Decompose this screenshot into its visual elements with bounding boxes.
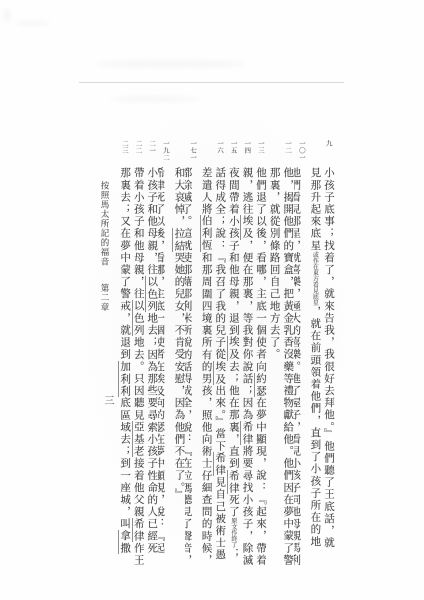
text-column: 和大哀悼，拉結哭她的兒女，不肯受安慰，因為他們不在了。』	[172, 140, 186, 568]
proper-noun: 拉瑪	[185, 470, 191, 494]
proper-noun: 埃及	[158, 373, 164, 397]
proper-noun: 以色列	[145, 276, 157, 312]
verse-number: 一二	[281, 140, 294, 167]
text-column: 一二他，揭開他們的寶盒，把黃金乳香沒藥等禮物獻給他。他們因在夢中蒙了警戒，不要回…	[281, 140, 295, 568]
verse-text: 話得成全；說：『我召了我的兒子從	[214, 167, 225, 361]
running-title-column: 按照馬太所記的福音第二章	[99, 181, 111, 331]
verse-number: 一〇一一	[294, 140, 308, 167]
verse-text: 所說的話得成全，說：『在	[185, 324, 191, 469]
scan-noise	[95, 60, 245, 68]
verse-text: 小孩子和他母親，往	[146, 167, 157, 276]
proper-noun: 埃及	[213, 361, 225, 385]
verse-number: 九	[321, 140, 334, 167]
proper-noun: 加利利	[118, 361, 130, 397]
verse-text: 差遣人將	[201, 167, 212, 215]
scan-noise	[3, 8, 11, 22]
proper-noun: 亞基老	[132, 421, 144, 457]
text-column: 那裏，就從別條路回自己地方去了。	[267, 140, 281, 568]
proper-noun: 希律	[132, 518, 144, 542]
running-title: 按照馬太所記的福音	[100, 181, 110, 267]
verse-text: 底區域去；到一座城，叫	[119, 397, 130, 530]
proper-noun: 埃及	[240, 215, 252, 239]
proper-noun: 希律	[213, 452, 225, 476]
verse-text: 都除滅了。這就使那藉	[185, 167, 191, 288]
scanned-page: 九小孩子底事；找着了，就來告我，我很好去拜他。』他們聽了王底話，就去；看哪，他們…	[0, 0, 424, 600]
verse-text: 帶着小孩子和他母親，往	[133, 167, 144, 300]
verse-text: 哭她的兒女，不肯受安慰，因為他們不在了。』	[173, 252, 184, 501]
proper-noun: 伯利恆	[200, 215, 212, 251]
verse-number: 一九二〇	[158, 140, 172, 167]
verse-text: 那裏去；又在夢中蒙了警戒，就退到	[119, 167, 130, 361]
verse-text: 和大哀悼，	[173, 167, 184, 228]
interlinear-note: 或作在東方看見底星	[311, 252, 317, 306]
verse-number: 一五	[226, 140, 239, 167]
verse-text: 小孩子底事；找着了，就來告我，我很好去拜他。』他們聽了王底話，就去；看哪，他們	[321, 140, 334, 549]
verse-text: 出來。』當下	[214, 385, 225, 452]
verse-text: 去；他在那裏，直到	[228, 361, 239, 470]
verse-text: 他們退了以後，看哪，主底一個使者向	[255, 167, 266, 373]
proper-noun: 希律	[158, 167, 164, 191]
verse-number: 一六	[213, 140, 226, 167]
verse-number: 一七一八	[185, 140, 199, 167]
page-number: 三	[100, 395, 115, 405]
verse-text: 死了以後，看哪，主底一個使者在	[158, 191, 164, 373]
text-column: 二一小孩子和他母親，往以色列地去；因為那些要尋索小孩子性命的人已經死了。』他就起…	[145, 140, 159, 568]
text-column: 一五夜間帶着小孩子和他母親，退到埃及去；他在那裏，直到希律死了原文作終了；使主藉…	[226, 140, 240, 568]
proper-noun: 約瑟	[158, 409, 164, 433]
verse-text: 接着他父親	[133, 457, 144, 518]
verse-text: 地去。只因聽見	[133, 336, 144, 421]
verse-text: 見那升起來底星	[309, 167, 320, 252]
page-edge-line	[79, 82, 344, 83]
text-column: 一四親，逃往埃及，便在那裏，等我對你說話；因為希律將要尋找小孩子，除滅他。』他就…	[240, 140, 254, 568]
verse-text: 向	[158, 397, 164, 409]
scan-noise	[110, 96, 200, 102]
verse-text: 他們看見那星，就喜樂，極大的喜樂。進了屋子，看見小孩子同他母親	[294, 167, 300, 542]
text-column: 二三那裏去；又在夢中蒙了警戒，就退到加利利底區域去；到一座城，叫拿撒勒，住下；這…	[118, 140, 132, 568]
verse-number: 一四	[240, 140, 253, 167]
scripture-text-block: 九小孩子底事；找着了，就來告我，我很好去拜他。』他們聽了王底話，就去；看哪，他們…	[117, 140, 335, 570]
chapter-label: 第二章	[100, 284, 110, 313]
verse-text: 親，逃往	[241, 167, 252, 215]
proper-noun: 埃及	[227, 336, 239, 360]
proper-noun: 希律	[227, 470, 239, 494]
proper-noun: 希律	[240, 421, 252, 445]
text-column: 一七一八都除滅了。這就使那藉耶利米所說的話得成全，說：『在拉瑪聽見了聲音，哭	[185, 140, 199, 568]
text-column: 九小孩子底事；找着了，就來告我，我很好去拜他。』他們聽了王底話，就去；看哪，他們	[321, 140, 335, 568]
scan-noise	[16, 21, 50, 26]
verse-text: 他，揭開他們的寶盒，把黃金乳香沒藥等禮物獻給他。他們因在夢中蒙了警戒，不要回到	[281, 140, 294, 566]
verse-number: 二一	[145, 140, 158, 167]
proper-noun: 約瑟	[254, 373, 266, 397]
verse-text: 那裏，就從別條路回自己地方去了。	[269, 167, 280, 361]
interlinear-note: 原文作終了	[230, 518, 236, 548]
text-column: 二二帶着小孩子和他母親，往以色列地去。只因聽見亞基老接着他父親希律作王管理猶太，…	[131, 140, 145, 568]
verse-number: 二三	[118, 140, 131, 167]
verse-number: 二二	[131, 140, 144, 167]
text-column: 一〇一一他們看見那星，就喜樂，極大的喜樂。進了屋子，看見小孩子同他母親馬利亞，便…	[294, 140, 308, 568]
verse-text: 死了	[228, 494, 239, 518]
text-column: 一三他們退了以後，看哪，主底一個使者向約瑟在夢中顯現，說：『起來，帶着小孩子和他…	[253, 140, 267, 568]
text-column: 見那升起來底星或作在東方看見底星，就在前頭領着他們，直到了小孩子所在的地方，就在…	[308, 140, 322, 568]
proper-noun: 以色列	[132, 300, 144, 336]
text-column: 差遣人將伯利恆和那周圍四境裏所有的男孩，照他向術士仔細查問的時候，從兩歲和以下的…	[199, 140, 213, 568]
proper-noun: 耶利米	[185, 288, 191, 324]
verse-text: 夜間帶着小孩子和他母親，退到	[228, 167, 239, 336]
proper-noun: 拉結	[172, 228, 184, 252]
text-column: 一九二〇希律死了以後，看哪，主底一個使者在埃及向約瑟在夢中顯現，說：『起來，帶着	[158, 140, 172, 568]
verse-text: ，便在那裏，等我對你說話；因為	[241, 240, 252, 422]
verse-number: 一三	[253, 140, 266, 167]
text-column: 一六話得成全；說：『我召了我的兒子從埃及出來。』當下希律見自己被術士愚弄了，就大…	[213, 140, 227, 568]
